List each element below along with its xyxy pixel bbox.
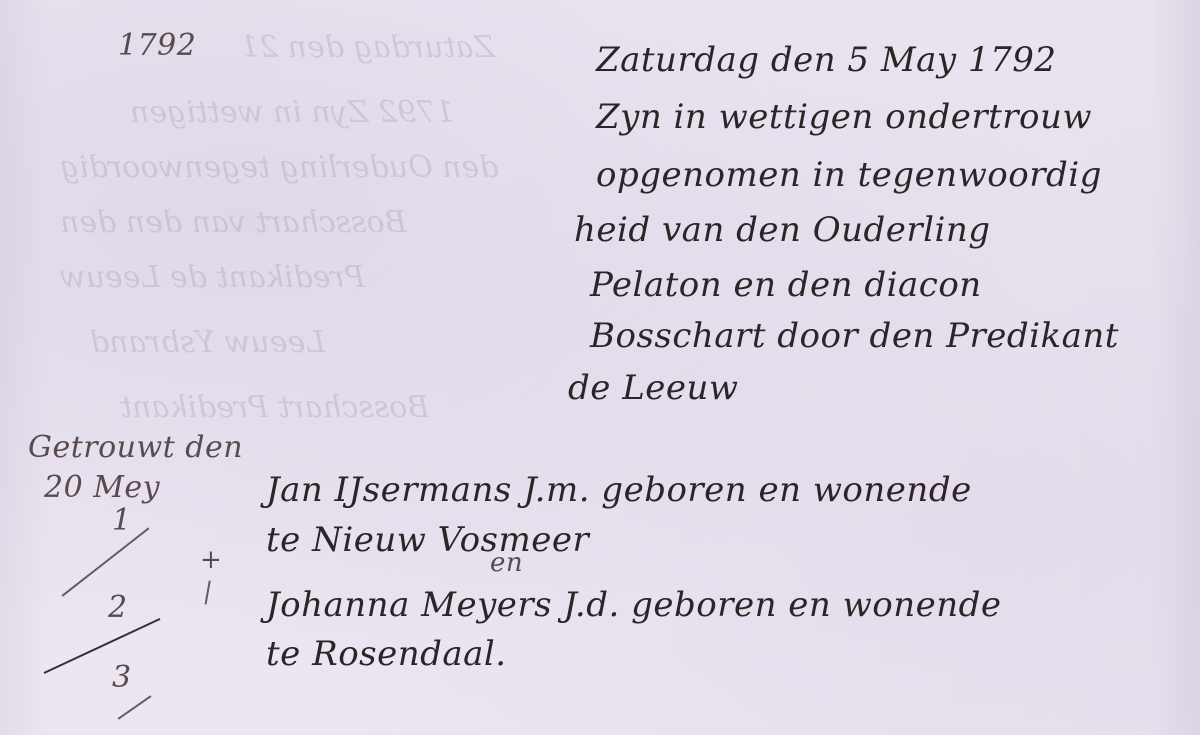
- bleed-through-text: 1792 Zyn in wettigen: [130, 95, 454, 130]
- groom-line: Jan IJsermans J.m. geboren en wonende: [266, 470, 972, 510]
- bleed-through-text: Bosschart Predikant: [120, 390, 429, 425]
- tally-stroke: [44, 618, 161, 674]
- bleed-through-text: Bosschart van den den: [60, 205, 407, 240]
- conjunction: en: [490, 548, 523, 578]
- margin-year: 1792: [118, 28, 196, 63]
- entry-line: opgenomen in tegenwoordig: [596, 155, 1102, 195]
- entry-line: Bosschart door den Predikant: [590, 316, 1119, 356]
- bride-line: Johanna Meyers J.d. geboren en wonende: [266, 585, 1002, 625]
- entry-line: heid van den Ouderling: [574, 210, 991, 250]
- cross-mark: +: [200, 545, 222, 575]
- bleed-through-text: den Ouderling tegenwoordig: [60, 150, 499, 185]
- tally-stroke: [118, 695, 152, 719]
- entry-line: Zyn in wettigen ondertrouw: [596, 97, 1092, 137]
- entry-line: Pelaton en den diacon: [590, 265, 982, 305]
- bleed-through-text: Zaturdag den 21: [240, 30, 494, 65]
- marriage-note-date: 20 Mey: [44, 470, 160, 505]
- groom-residence: te Nieuw Vosmeer: [266, 520, 589, 560]
- entry-line: de Leeuw: [568, 368, 739, 408]
- tally-stroke: [62, 527, 150, 596]
- tally-number: 3: [112, 660, 132, 695]
- bride-residence: te Rosendaal.: [266, 634, 507, 674]
- bleed-through-text: Predikant de Leeuw: [60, 260, 365, 295]
- entry-line: Zaturdag den 5 May 1792: [596, 40, 1056, 80]
- bleed-through-text: Leeuw Ysbrand: [90, 325, 325, 360]
- cross-mark-stroke: [205, 581, 211, 605]
- register-page: Zaturdag den 21 1792 Zyn in wettigen den…: [0, 0, 1200, 735]
- marriage-note-line: Getrouwt den: [28, 430, 243, 465]
- tally-number: 2: [108, 590, 128, 625]
- tally-number: 1: [112, 503, 132, 538]
